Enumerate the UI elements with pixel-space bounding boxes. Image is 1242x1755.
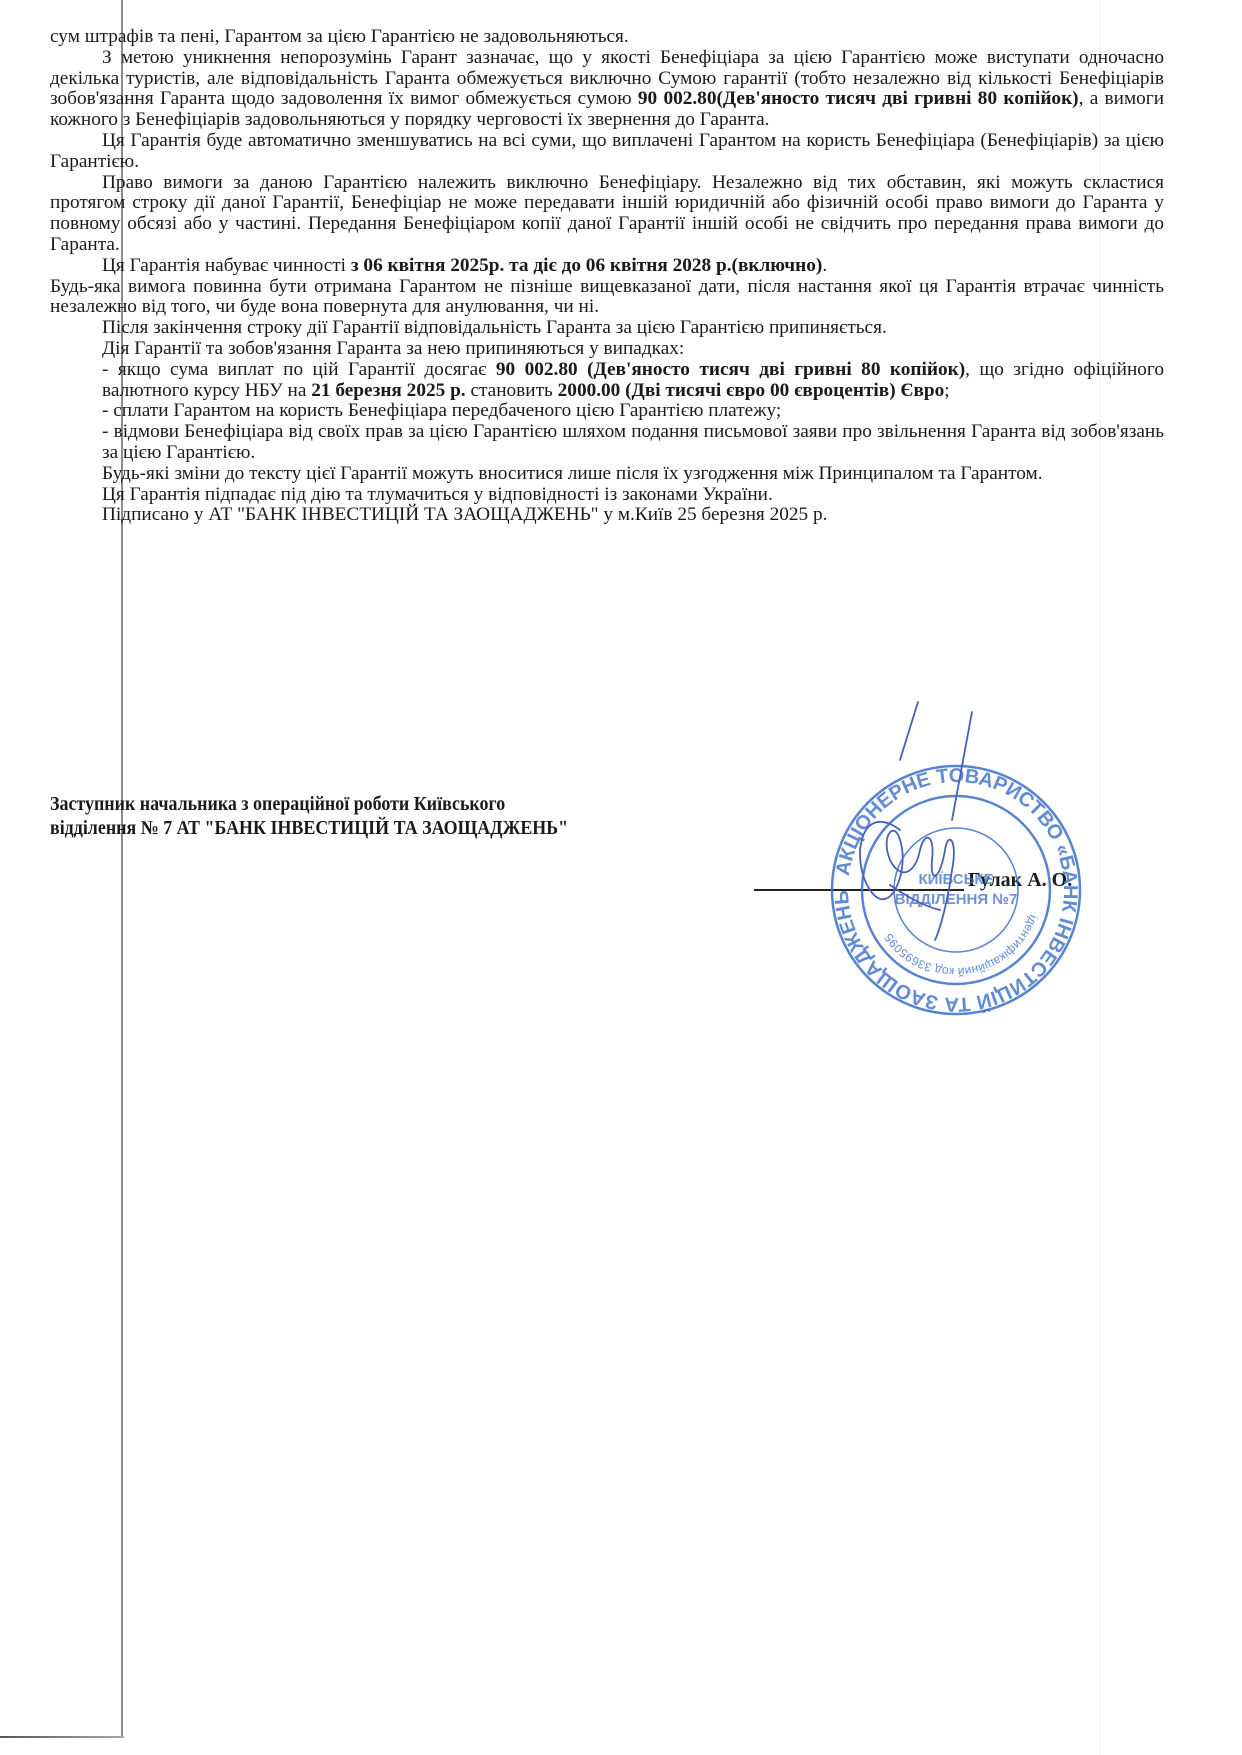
bold-text: з 06 квітня 2025р. та діє до 06 квітня 2…	[351, 255, 823, 276]
paragraph: Будь-які зміни до тексту цієї Гарантії м…	[50, 464, 1164, 485]
paragraph: Ця Гарантія набуває чинності з 06 квітня…	[50, 256, 1164, 277]
text: - якщо сума виплат по цій Гарантії досяг…	[102, 359, 496, 380]
paragraph: Право вимоги за даною Гарантією належить…	[50, 173, 1164, 256]
text: .	[822, 255, 827, 276]
text: - сплати Гарантом на користь Бенефіціара…	[102, 400, 781, 421]
text: Дія Гарантії та зобов'язання Гаранта за …	[102, 338, 684, 359]
bold-text: 2000.00 (Дві тисячі євро 00 євроцентів) …	[558, 380, 945, 401]
text: Ця Гарантія набуває чинності	[102, 255, 351, 276]
signature-block: Заступник начальника з операційної робот…	[50, 793, 568, 841]
text: Після закінчення строку дії Гарантії від…	[102, 317, 887, 338]
handwritten-signature-icon	[840, 700, 990, 960]
bold-text: 90 002.80(Дев'яносто тисяч дві гривні 80…	[638, 88, 1079, 109]
scan-bottom-edge	[0, 1736, 124, 1738]
signer-position-line-2: відділення № 7 АТ "БАНК ІНВЕСТИЦІЙ ТА ЗА…	[50, 817, 568, 841]
text: - відмови Бенефіціара від своїх прав за …	[102, 421, 1164, 463]
bold-text: 21 березня 2025 р.	[311, 380, 465, 401]
paragraph: сум штрафів та пені, Гарантом за цією Га…	[50, 27, 1164, 48]
paragraph: З метою уникнення непорозумінь Гарант за…	[50, 48, 1164, 131]
text: становить	[466, 380, 558, 401]
guarantee-body-text: сум штрафів та пені, Гарантом за цією Га…	[50, 27, 1164, 526]
paragraph: Ця Гарантія буде автоматично зменшуватис…	[50, 131, 1164, 173]
text: ;	[944, 380, 949, 401]
paragraph: Дія Гарантії та зобов'язання Гаранта за …	[50, 339, 1164, 360]
text: Підписано у АТ "БАНК ІНВЕСТИЦІЙ ТА ЗАОЩА…	[102, 504, 827, 525]
text: Будь-яка вимога повинна бути отримана Га…	[50, 276, 1164, 318]
paragraph: Підписано у АТ "БАНК ІНВЕСТИЦІЙ ТА ЗАОЩА…	[50, 505, 1164, 526]
paragraph: - сплати Гарантом на користь Бенефіціара…	[50, 401, 1164, 422]
paragraph: - якщо сума виплат по цій Гарантії досяг…	[50, 360, 1164, 402]
text: сум штрафів та пені, Гарантом за цією Га…	[50, 26, 629, 47]
bold-text: 90 002.80 (Дев'яносто тисяч дві гривні 8…	[496, 359, 965, 380]
paragraph: - відмови Бенефіціара від своїх прав за …	[50, 422, 1164, 464]
paragraph: Після закінчення строку дії Гарантії від…	[50, 318, 1164, 339]
signer-position-line-1: Заступник начальника з операційної робот…	[50, 793, 568, 817]
paragraph: Ця Гарантія підпадає під дію та тлумачит…	[50, 485, 1164, 506]
text: Право вимоги за даною Гарантією належить…	[50, 172, 1164, 255]
text: Ця Гарантія буде автоматично зменшуватис…	[50, 130, 1164, 172]
text: Ця Гарантія підпадає під дію та тлумачит…	[102, 484, 773, 505]
text: Будь-які зміни до тексту цієї Гарантії м…	[102, 463, 1043, 484]
paragraph: Будь-яка вимога повинна бути отримана Га…	[50, 277, 1164, 319]
